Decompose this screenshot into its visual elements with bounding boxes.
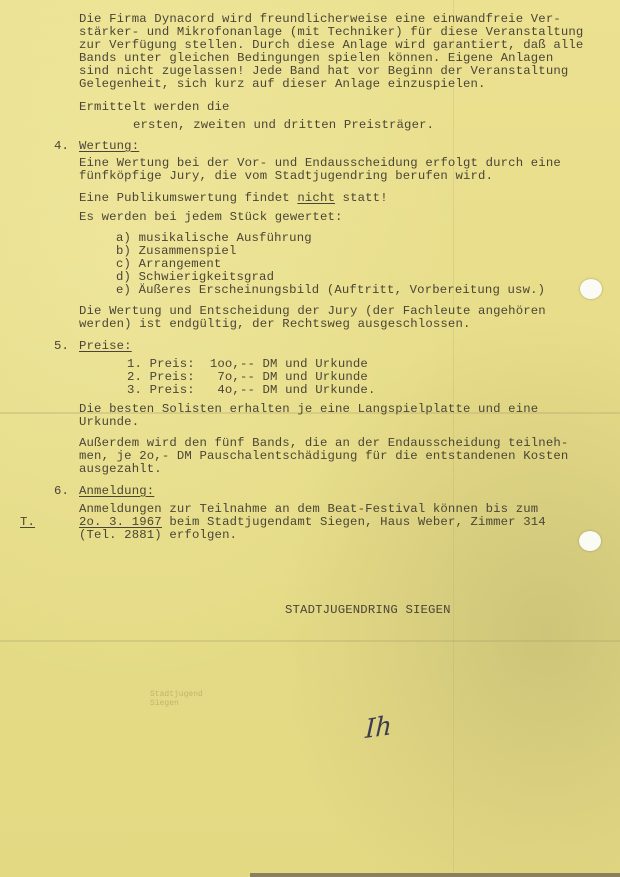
punch-hole	[579, 531, 601, 551]
section-4-heading: Wertung:	[79, 140, 139, 153]
handwritten-signature: Ih	[365, 711, 393, 745]
section-6-heading: Anmeldung:	[79, 485, 154, 498]
erfolgen-text: erfolgen.	[162, 528, 237, 542]
criteria-intro: Es werden bei jedem Stück gewertet:	[79, 211, 343, 224]
signature-block: STADTJUGENDRING SIEGEN	[285, 604, 451, 617]
publikum-before: Eine Publikumswertung findet	[79, 191, 297, 205]
stamp-line: Siegen	[150, 699, 179, 708]
page-bottom-edge	[250, 873, 620, 877]
location-text: beim Stadtjugendamt Siegen, Haus Weber, …	[162, 515, 546, 529]
prize-item: 3. Preis: 4o,-- DM und Urkunde.	[127, 384, 375, 397]
faded-stamp: Stadtjugend Siegen	[150, 690, 203, 708]
ermittelt-text: Ermittelt werden die	[79, 101, 230, 114]
telephone: (Tel. 2881)	[79, 528, 162, 542]
soloists-line: Die besten Solisten erhalten je eine Lan…	[79, 403, 538, 416]
deadline-date: 2o. 3. 1967	[79, 515, 162, 529]
decision-line: werden) ist endgültig, der Rechtsweg aus…	[79, 318, 471, 331]
punch-hole	[580, 279, 602, 299]
wertung-line: fünfköpfige Jury, die vom Stadtjugendrin…	[79, 170, 493, 183]
paper-fold	[0, 640, 620, 642]
stamp-line: Stadtjugend	[150, 690, 203, 699]
publikum-line: Eine Publikumswertung findet nicht statt…	[79, 192, 388, 205]
intro-line: Gelegenheit, sich kurz auf dieser Anlage…	[79, 78, 486, 91]
criteria-item: e) Äußeres Erscheinungsbild (Auftritt, V…	[116, 284, 545, 297]
section-4-number: 4.	[54, 140, 69, 153]
margin-mark: T.	[20, 516, 35, 529]
compensation-line: ausgezahlt.	[79, 463, 162, 476]
publikum-emphasis: nicht	[297, 191, 335, 205]
publikum-after: statt!	[335, 191, 388, 205]
soloists-line: Urkunde.	[79, 416, 139, 429]
preistraeger-text: ersten, zweiten und dritten Preisträger.	[133, 119, 434, 132]
section-5-number: 5.	[54, 340, 69, 353]
section-5-heading: Preise:	[79, 340, 132, 353]
anmeldung-line: (Tel. 2881) erfolgen.	[79, 529, 237, 542]
section-6-number: 6.	[54, 485, 69, 498]
